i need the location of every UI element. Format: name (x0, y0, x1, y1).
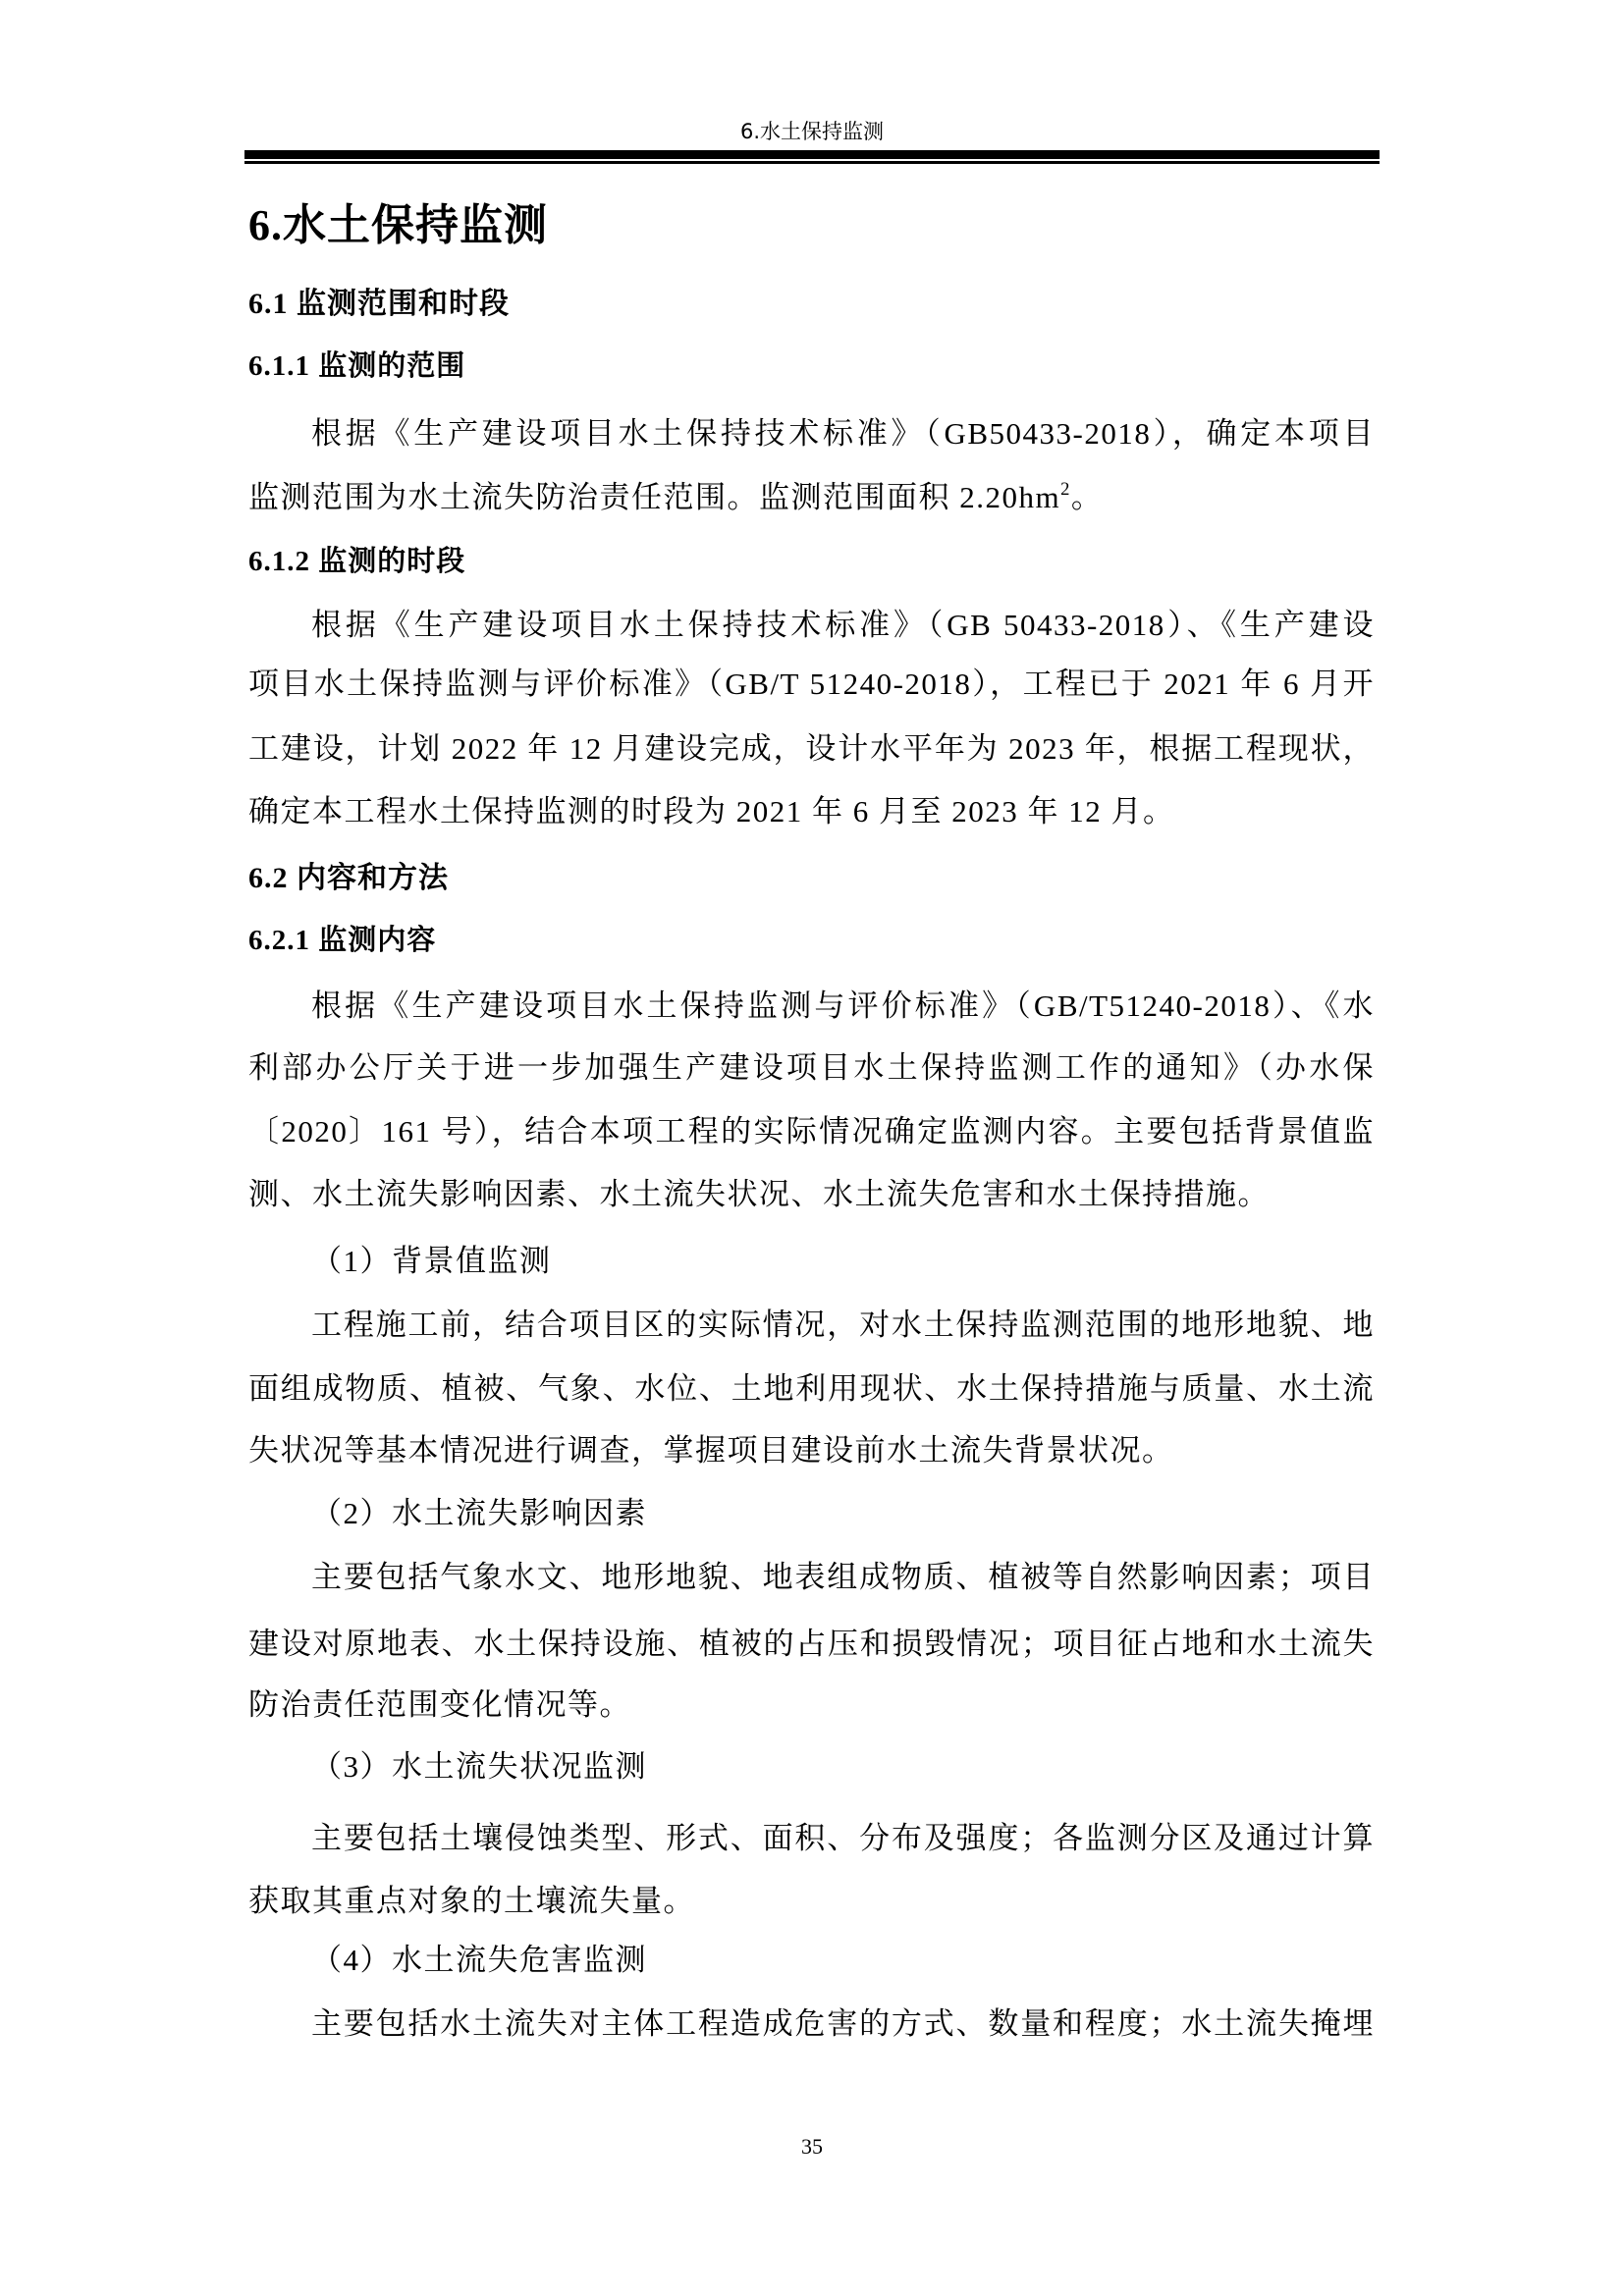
paragraph-line: 测、水土流失影响因素、水土流失状况、水土流失危害和水土保持措施。 (248, 1173, 1375, 1216)
superscript: 2 (1060, 479, 1071, 500)
heading-6-1: 6.1 监测范围和时段 (248, 283, 1375, 326)
item-label-3: （3）水土流失状况监测 (311, 1745, 1375, 1789)
paragraph-line: 防治责任范围变化情况等。 (248, 1683, 1375, 1727)
item-label-4: （4）水土流失危害监测 (311, 1939, 1375, 1982)
header-rule-thick (244, 150, 1380, 159)
running-header: 6.水土保持监测 (244, 116, 1380, 147)
item-label-1: （1）背景值监测 (311, 1240, 1375, 1283)
paragraph-line: 主要包括水土流失对主体工程造成危害的方式、数量和程度；水土流失掩埋 (311, 2002, 1375, 2046)
paragraph-line: 主要包括土壤侵蚀类型、形式、面积、分布及强度；各监测分区及通过计算 (311, 1817, 1375, 1860)
heading-6-1-2: 6.1.2 监测的时段 (248, 540, 1375, 583)
paragraph-line: 〔2020〕161 号），结合本项工程的实际情况确定监测内容。主要包括背景值监 (248, 1110, 1375, 1153)
paragraph-line: 根据《生产建设项目水土保持监测与评价标准》（GB/T51240-2018）、《水 (311, 985, 1375, 1028)
paragraph-line: 确定本工程水土保持监测的时段为 2021 年 6 月至 2023 年 12 月。 (248, 790, 1375, 833)
paragraph-line: 利部办公厅关于进一步加强生产建设项目水土保持监测工作的通知》（办水保 (248, 1046, 1375, 1090)
text-span: 监测范围为水土流失防治责任范围。监测范围面积 2.20hm (248, 480, 1060, 514)
heading-6-1-1: 6.1.1 监测的范围 (248, 345, 1375, 388)
header-rule-thin (244, 161, 1380, 164)
paragraph-line: 获取其重点对象的土壤流失量。 (248, 1880, 1375, 1923)
paragraph-line: 项目水土保持监测与评价标准》（GB/T 51240-2018），工程已于 202… (248, 663, 1375, 706)
page-number: 35 (763, 2132, 861, 2162)
chapter-title: 6.水土保持监测 (248, 196, 1375, 255)
heading-6-2-1: 6.2.1 监测内容 (248, 919, 1375, 962)
document-page: 6.水土保持监测 6.水土保持监测 6.1 监测范围和时段 6.1.1 监测的范… (0, 0, 1624, 2296)
paragraph-line: 主要包括气象水文、地形地貌、地表组成物质、植被等自然影响因素；项目 (311, 1556, 1375, 1599)
paragraph-line: 失状况等基本情况进行调查，掌握项目建设前水土流失背景状况。 (248, 1429, 1375, 1472)
heading-6-2: 6.2 内容和方法 (248, 857, 1375, 900)
paragraph-line: 工建设，计划 2022 年 12 月建设完成，设计水平年为 2023 年，根据工… (248, 727, 1375, 771)
item-label-2: （2）水土流失影响因素 (311, 1492, 1375, 1535)
paragraph-line: 根据《生产建设项目水土保持技术标准》（GB 50433-2018）、《生产建设 (311, 604, 1375, 647)
paragraph-line: 面组成物质、植被、气象、水位、土地利用现状、水土保持措施与质量、水土流 (248, 1367, 1375, 1411)
paragraph-line: 根据《生产建设项目水土保持技术标准》（GB50433-2018），确定本项目 (311, 412, 1375, 455)
text-span: 。 (1071, 480, 1104, 514)
paragraph-line: 工程施工前，结合项目区的实际情况，对水土保持监测范围的地形地貌、地 (311, 1304, 1375, 1347)
paragraph-line: 监测范围为水土流失防治责任范围。监测范围面积 2.20hm2。 (248, 476, 1375, 519)
paragraph-line: 建设对原地表、水土保持设施、植被的占压和损毁情况；项目征占地和水土流失 (248, 1623, 1375, 1666)
